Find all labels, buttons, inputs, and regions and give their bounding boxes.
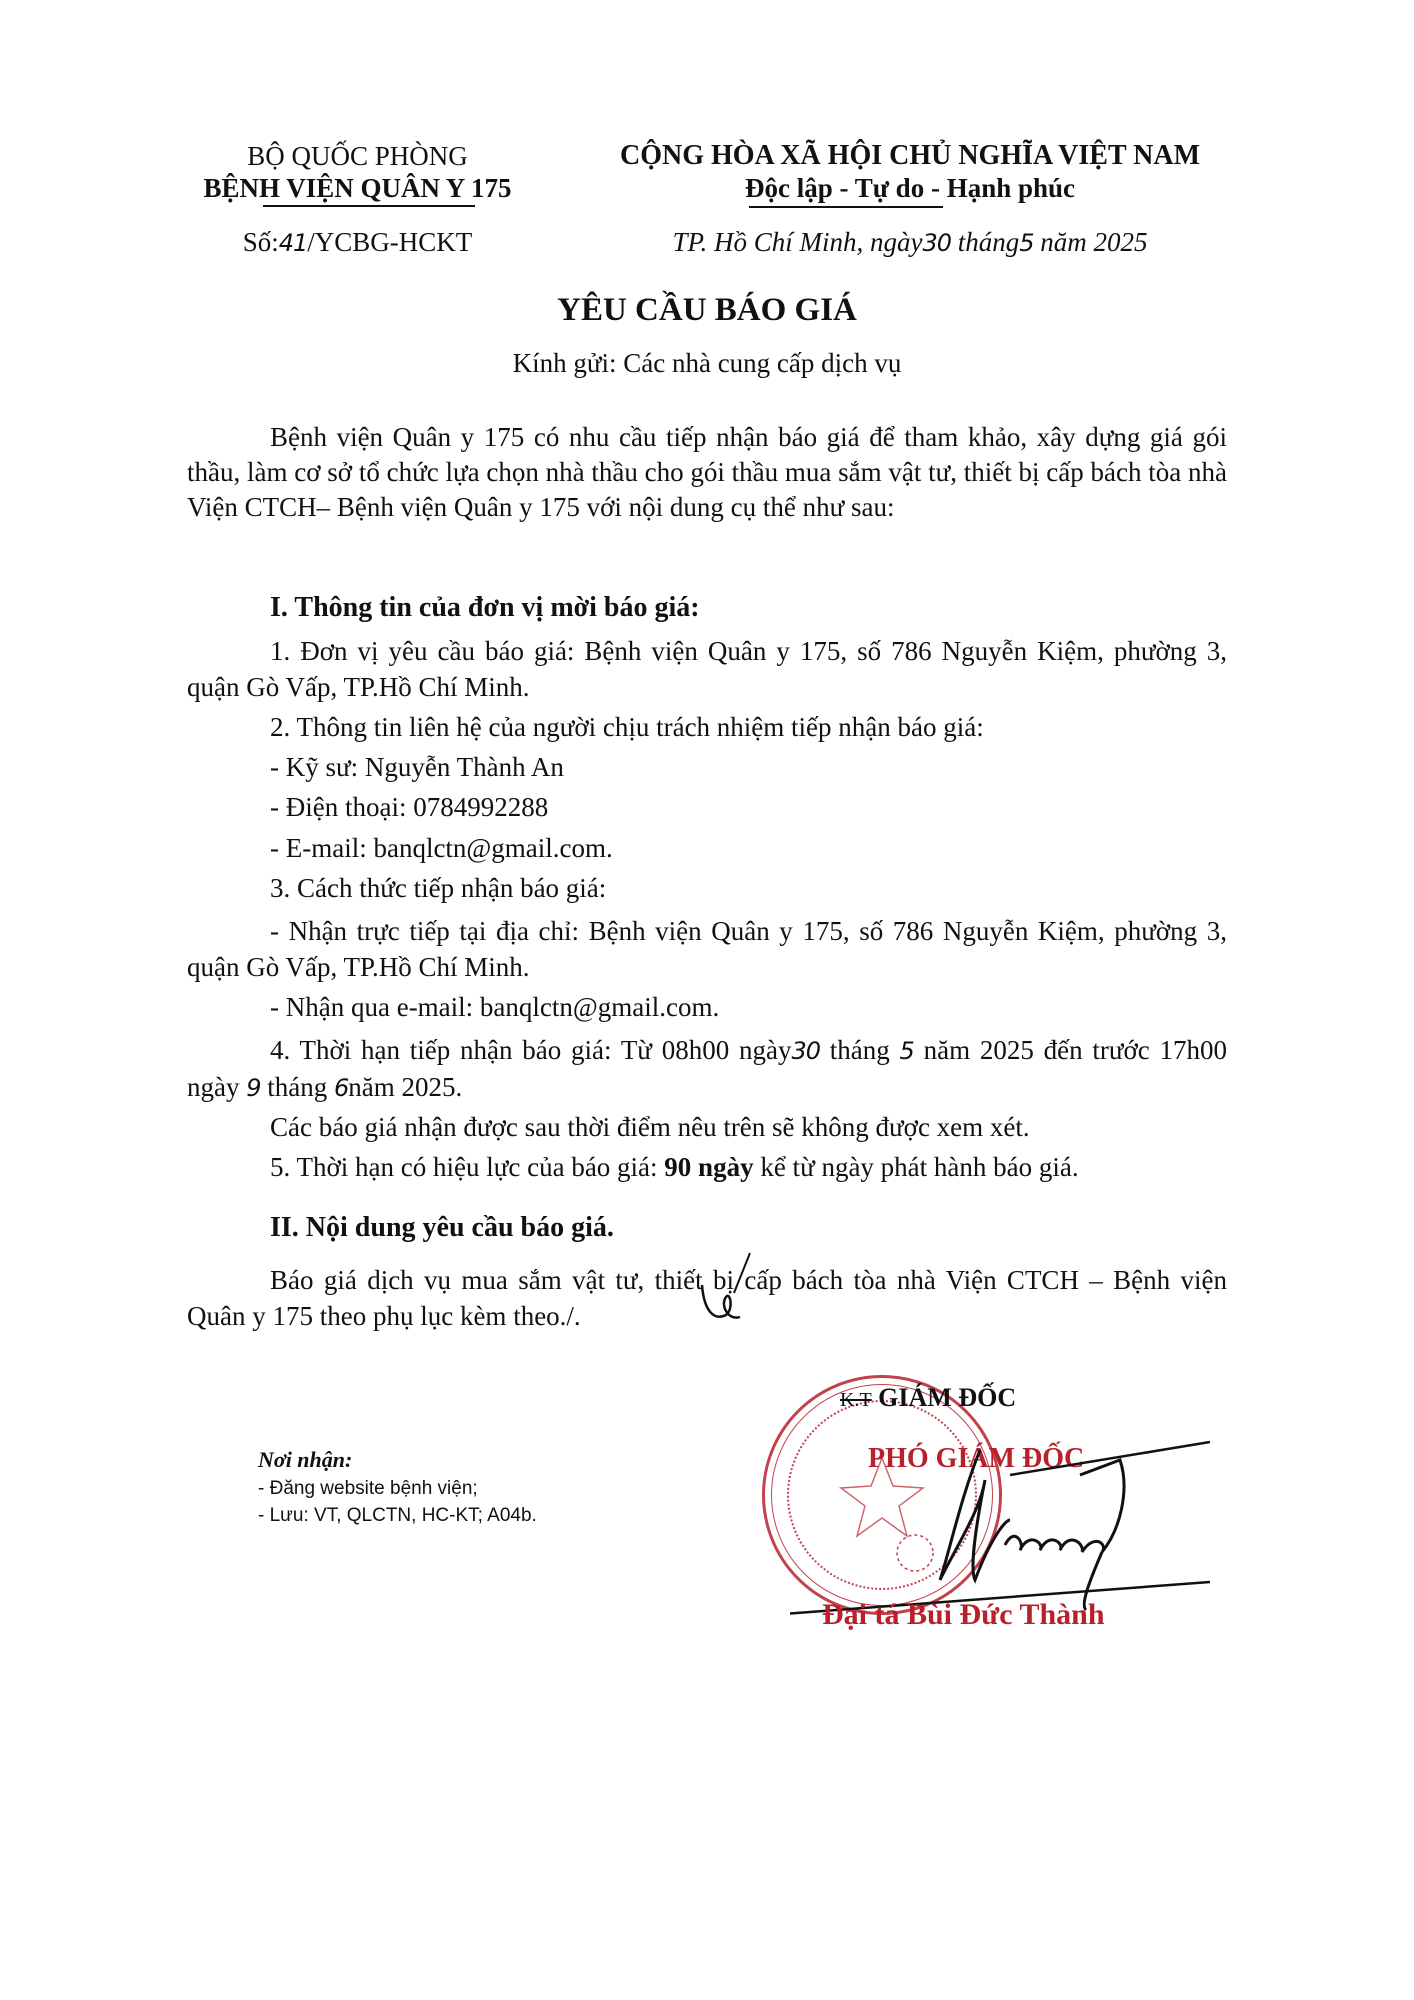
signer-name: Đại tá Bùi Đức Thành [822,1598,1105,1632]
addressee: Kính gửi: Các nhà cung cấp dịch vụ [0,348,1414,379]
recipient-item: - Đăng website bệnh viện; [258,1478,478,1500]
section-1-heading: I. Thông tin của đơn vị mời báo giá: [270,592,700,624]
item-1-requesting-unit: 1. Đơn vị yêu cầu báo giá: Bệnh viện Quâ… [187,633,1227,705]
late-submission-note: Các báo giá nhận được sau thời điểm nêu … [270,1112,1030,1143]
recipients-label: Nơi nhận: [258,1447,352,1473]
document-title: YÊU CẦU BÁO GIÁ [0,292,1414,329]
contact-engineer: - Kỹ sư: Nguyễn Thành An [270,752,564,783]
contact-email: - E-mail: banqlctn@gmail.com. [270,833,613,864]
item-3-receiving-method: 3. Cách thức tiếp nhận báo giá: [270,873,606,904]
item-5-validity: 5. Thời hạn có hiệu lực của báo giá: 90 … [270,1152,1079,1183]
handwritten-day: 30 [922,229,951,257]
ministry-name: BỘ QUỐC PHÒNG [190,140,525,172]
organization-underline [263,205,475,207]
validity-days: 90 ngày [664,1152,753,1182]
intro-text: Bệnh viện Quân y 175 có nhu cầu tiếp nhậ… [187,420,1227,525]
contact-phone: - Điện thoại: 0784992288 [270,792,548,823]
handwritten-month: 5 [1019,229,1033,257]
receive-email: - Nhận qua e-mail: banqlctn@gmail.com. [270,992,719,1023]
signer-title: K.T GIÁM ĐỐC [840,1383,1016,1413]
handwritten-start-day: 30 [791,1037,820,1065]
handwritten-end-month: 6 [334,1074,348,1102]
document-number: Số:41/YCBG-HCKT [190,226,525,259]
initials-mark-icon [690,1245,800,1325]
organization-name: BỆNH VIỆN QUÂN Y 175 [190,172,525,204]
handwritten-end-day: 9 [246,1074,260,1102]
item-2-contact-info: 2. Thông tin liên hệ của người chịu trác… [270,712,984,743]
national-motto: Độc lập - Tự do - Hạnh phúc [590,172,1230,204]
section-2-heading: II. Nội dung yêu cầu báo giá. [270,1212,614,1244]
intro-paragraph: Bệnh viện Quân y 175 có nhu cầu tiếp nhậ… [187,420,1227,525]
item-4-deadline: 4. Thời hạn tiếp nhận báo giá: Từ 08h00 … [187,1032,1227,1106]
issue-date: TP. Hồ Chí Minh, ngày30 tháng5 năm 2025 [590,226,1230,259]
handwritten-doc-number: 41 [279,229,308,257]
handwritten-start-month: 5 [900,1037,914,1065]
motto-underline [749,206,943,208]
recipient-item: - Lưu: VT, QLCTN, HC-KT; A04b. [258,1505,537,1527]
country-name: CỘNG HÒA XÃ HỘI CHỦ NGHĨA VIỆT NAM [590,140,1230,172]
receive-direct: - Nhận trực tiếp tại địa chỉ: Bệnh viện … [187,913,1227,985]
